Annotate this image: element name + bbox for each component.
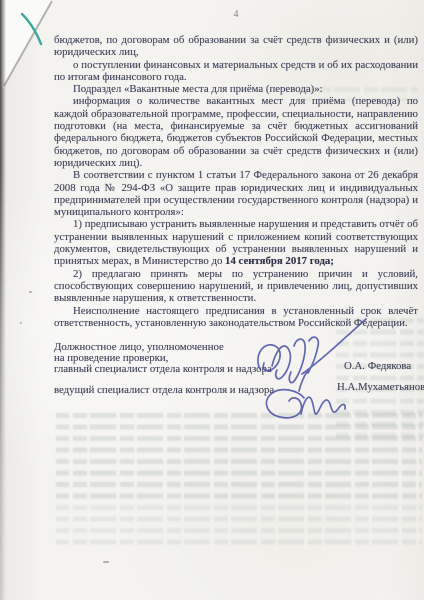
paragraph-federal-law: В соответствии с пунктом 1 статьи 17 Фед… — [54, 169, 418, 218]
scan-edge-shadow — [0, 0, 6, 600]
paragraph-budgets-continuation: бюджетов, по договорам об образовании за… — [54, 34, 418, 59]
scan-speck — [29, 291, 32, 293]
paragraph-vacant-places-info: информация о количестве вакантных мест д… — [54, 95, 418, 169]
signer-name-fedyakova: О.А. Федякова — [344, 360, 411, 372]
bleedthrough-text-area — [56, 505, 422, 549]
signer-name-mukhametyanova: Н.А.Мухаметьянова — [337, 381, 424, 393]
scan-speck — [103, 561, 109, 563]
deadline-date: 14 сентября 2017 года; — [225, 255, 334, 267]
official-role-line-4: ведущий специалист отдела контроля и над… — [54, 384, 274, 396]
official-role-line-3: главный специалист отдела контроля и над… — [54, 363, 272, 375]
paragraph-prescription: 1) предписываю устранить выявленные нару… — [54, 218, 418, 267]
scanned-document-page: 4 бюджетов, по договорам об образовании … — [0, 0, 424, 600]
paragraph-proposal: 2) предлагаю принять меры по устранению … — [54, 268, 418, 305]
paragraph-vacant-places-heading: Подраздел «Вакантные места для приёма (п… — [54, 83, 418, 95]
scan-speck — [20, 322, 22, 324]
bleedthrough-text-area — [56, 413, 422, 503]
document-body: бюджетов, по договорам об образовании за… — [54, 34, 418, 329]
signature-mukhametyanova — [266, 370, 345, 418]
page-number: 4 — [54, 9, 418, 20]
paragraph-financial-report: о поступлении финансовых и материальных … — [54, 59, 418, 84]
paragraph-liability: Неисполнение настоящего предписания в ус… — [54, 305, 418, 330]
